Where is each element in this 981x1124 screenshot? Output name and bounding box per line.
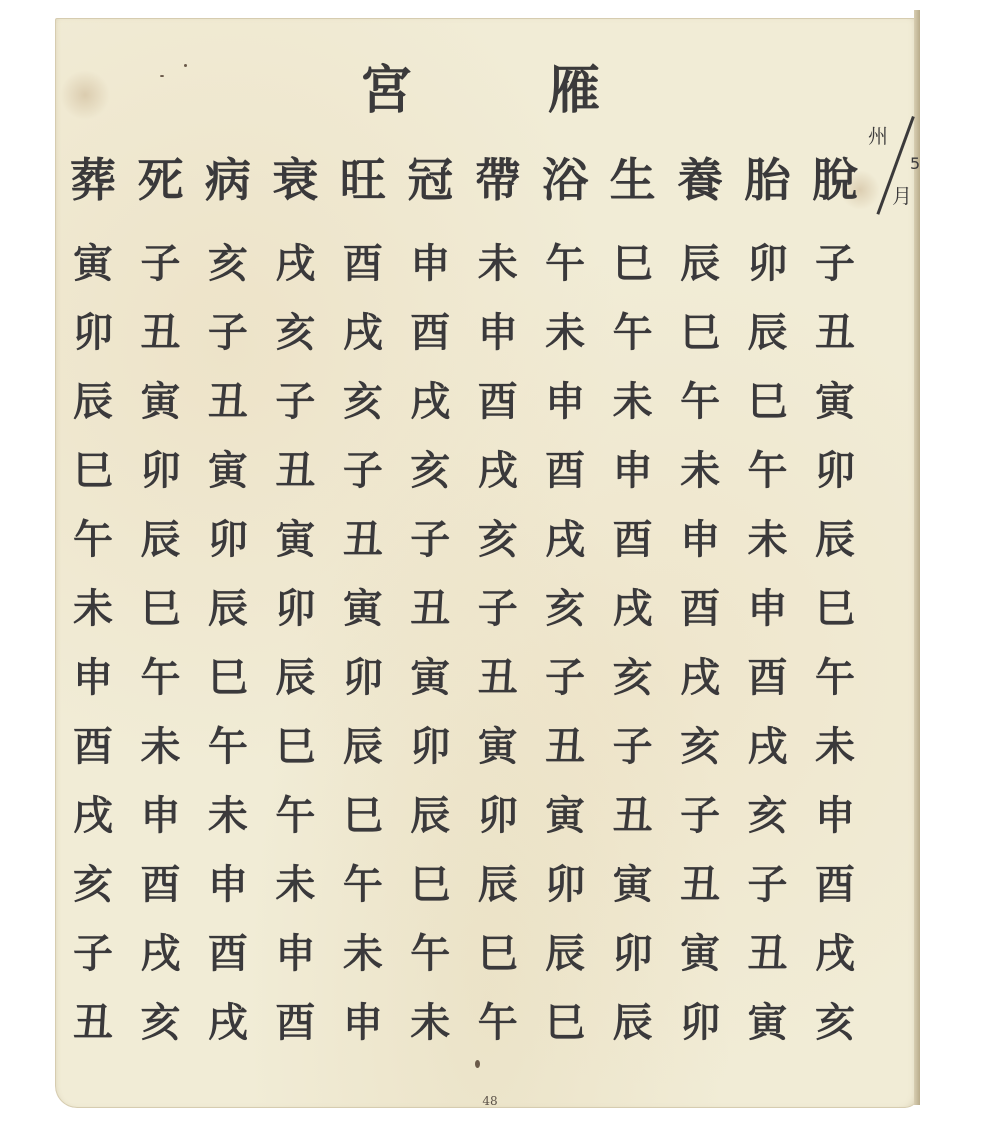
page-title: 宮 雁 — [360, 40, 600, 130]
column-header: 病 — [205, 130, 251, 230]
table-cell: 子 — [140, 230, 180, 299]
column-header: 死 — [137, 130, 183, 230]
table-cell: 子 — [748, 851, 788, 920]
table-cell: 子 — [410, 506, 450, 575]
table-cell: 丑 — [478, 644, 518, 713]
table-cell: 酉 — [613, 506, 653, 575]
table-cell: 丑 — [680, 851, 720, 920]
table-cell: 辰 — [545, 920, 585, 989]
ink-speck — [160, 75, 164, 77]
table-cell: 亥 — [478, 506, 518, 575]
table-cell: 子 — [343, 437, 383, 506]
table-cell: 辰 — [275, 644, 315, 713]
table-cell: 卯 — [208, 506, 248, 575]
table-cell: 寅 — [343, 575, 383, 644]
corner-note-top: 州 — [868, 120, 888, 149]
column-header: 葬 — [70, 130, 116, 230]
table-cell: 戌 — [748, 713, 788, 782]
table-cell: 未 — [680, 437, 720, 506]
table-column: 生 巳 午 未 申 酉 戌 亥 子 丑 寅 卯 辰 — [604, 130, 662, 1060]
table-cell: 亥 — [343, 368, 383, 437]
table-column: 死 子 丑 寅 卯 辰 巳 午 未 申 酉 戌 亥 — [131, 130, 189, 1060]
table-cell: 卯 — [410, 713, 450, 782]
table-cell: 戌 — [545, 506, 585, 575]
table-cell: 戌 — [410, 368, 450, 437]
table-column: 冠 申 酉 戌 亥 子 丑 寅 卯 辰 巳 午 未 — [401, 130, 459, 1060]
table-cell: 申 — [410, 230, 450, 299]
table-cell: 酉 — [275, 989, 315, 1058]
table-cell: 戌 — [275, 230, 315, 299]
table-cell: 卯 — [545, 851, 585, 920]
table-cell: 巳 — [343, 782, 383, 851]
table-column: 衰 戌 亥 子 丑 寅 卯 辰 巳 午 未 申 酉 — [266, 130, 324, 1060]
table-cell: 亥 — [73, 851, 113, 920]
table-cell: 丑 — [748, 920, 788, 989]
table-column: 旺 酉 戌 亥 子 丑 寅 卯 辰 巳 午 未 申 — [334, 130, 392, 1060]
table-cell: 亥 — [815, 989, 855, 1058]
table-cell: 寅 — [73, 230, 113, 299]
table-cell: 子 — [545, 644, 585, 713]
table-cell: 卯 — [275, 575, 315, 644]
column-header: 生 — [610, 130, 656, 230]
table-cell: 亥 — [208, 230, 248, 299]
table-cell: 未 — [748, 506, 788, 575]
table-cell: 午 — [343, 851, 383, 920]
table-cell: 戌 — [73, 782, 113, 851]
table-cell: 子 — [680, 782, 720, 851]
column-header: 脫 — [812, 130, 858, 230]
table-cell: 未 — [140, 713, 180, 782]
table-column: 脫 子 丑 寅 卯 辰 巳 午 未 申 酉 戌 亥 — [806, 130, 864, 1060]
table-cell: 午 — [815, 644, 855, 713]
table-cell: 卯 — [73, 299, 113, 368]
table-cell: 酉 — [343, 230, 383, 299]
ink-speck — [475, 1060, 480, 1068]
table-column: 葬 寅 卯 辰 巳 午 未 申 酉 戌 亥 子 丑 — [64, 130, 122, 1060]
corner-annotation: 州 5 月 — [866, 110, 924, 230]
table-cell: 辰 — [815, 506, 855, 575]
table-cell: 卯 — [343, 644, 383, 713]
table-cell: 巳 — [73, 437, 113, 506]
table-cell: 寅 — [410, 644, 450, 713]
table-cell: 巳 — [613, 230, 653, 299]
table-cell: 卯 — [613, 920, 653, 989]
table-cell: 巳 — [410, 851, 450, 920]
table-column: 病 亥 子 丑 寅 卯 辰 巳 午 未 申 酉 戌 — [199, 130, 257, 1060]
table-cell: 戌 — [208, 989, 248, 1058]
table-cell: 酉 — [748, 644, 788, 713]
table-cell: 辰 — [410, 782, 450, 851]
table-cell: 亥 — [410, 437, 450, 506]
corner-note-bottom: 月 — [892, 180, 912, 209]
table-cell: 卯 — [140, 437, 180, 506]
table-cell: 寅 — [140, 368, 180, 437]
table-cell: 丑 — [208, 368, 248, 437]
title-char-left: 宮 — [360, 48, 412, 123]
table-cell: 申 — [140, 782, 180, 851]
table-cell: 申 — [815, 782, 855, 851]
table-cell: 戌 — [478, 437, 518, 506]
table-cell: 午 — [140, 644, 180, 713]
table-cell: 辰 — [73, 368, 113, 437]
table-cell: 未 — [545, 299, 585, 368]
table-cell: 丑 — [613, 782, 653, 851]
table-cell: 申 — [545, 368, 585, 437]
table-cell: 申 — [275, 920, 315, 989]
table-cell: 申 — [680, 506, 720, 575]
table-cell: 子 — [73, 920, 113, 989]
title-char-right: 雁 — [548, 48, 600, 123]
column-header: 冠 — [407, 130, 453, 230]
table-cell: 巳 — [748, 368, 788, 437]
column-header: 旺 — [340, 130, 386, 230]
table-cell: 申 — [208, 851, 248, 920]
table-cell: 亥 — [680, 713, 720, 782]
table-cell: 子 — [208, 299, 248, 368]
table-cell: 子 — [815, 230, 855, 299]
table-cell: 酉 — [815, 851, 855, 920]
table-cell: 寅 — [680, 920, 720, 989]
table-cell: 寅 — [613, 851, 653, 920]
table-cell: 戌 — [613, 575, 653, 644]
table-cell: 未 — [343, 920, 383, 989]
table-column: 胎 卯 辰 巳 午 未 申 酉 戌 亥 子 丑 寅 — [739, 130, 797, 1060]
table-cell: 寅 — [275, 506, 315, 575]
table-cell: 午 — [748, 437, 788, 506]
table-cell: 午 — [613, 299, 653, 368]
table-cell: 丑 — [140, 299, 180, 368]
table-cell: 亥 — [275, 299, 315, 368]
table-column: 養 辰 巳 午 未 申 酉 戌 亥 子 丑 寅 卯 — [671, 130, 729, 1060]
column-header: 帶 — [475, 130, 521, 230]
table-cell: 寅 — [208, 437, 248, 506]
table-cell: 申 — [478, 299, 518, 368]
table-cell: 巳 — [140, 575, 180, 644]
table-cell: 亥 — [748, 782, 788, 851]
table-cell: 未 — [208, 782, 248, 851]
table-cell: 子 — [275, 368, 315, 437]
table-cell: 辰 — [613, 989, 653, 1058]
table-cell: 辰 — [208, 575, 248, 644]
table-cell: 丑 — [545, 713, 585, 782]
table-cell: 未 — [613, 368, 653, 437]
column-header: 浴 — [542, 130, 588, 230]
table-cell: 丑 — [815, 299, 855, 368]
table-cell: 卯 — [815, 437, 855, 506]
table-cell: 戌 — [343, 299, 383, 368]
paper-stain — [60, 70, 110, 120]
table-cell: 午 — [208, 713, 248, 782]
page-number: 48 — [470, 1094, 510, 1108]
table-cell: 未 — [275, 851, 315, 920]
table-cell: 子 — [478, 575, 518, 644]
table-cell: 酉 — [73, 713, 113, 782]
table-cell: 午 — [275, 782, 315, 851]
table-cell: 亥 — [545, 575, 585, 644]
table-cell: 戌 — [140, 920, 180, 989]
table-cell: 辰 — [478, 851, 518, 920]
table-cell: 戌 — [815, 920, 855, 989]
table-cell: 巳 — [478, 920, 518, 989]
table-cell: 巳 — [208, 644, 248, 713]
column-header: 衰 — [272, 130, 318, 230]
table-cell: 辰 — [343, 713, 383, 782]
table-cell: 午 — [545, 230, 585, 299]
table-column: 帶 未 申 酉 戌 亥 子 丑 寅 卯 辰 巳 午 — [469, 130, 527, 1060]
table-cell: 申 — [613, 437, 653, 506]
table-cell: 辰 — [140, 506, 180, 575]
table-cell: 酉 — [208, 920, 248, 989]
table-column: 浴 午 未 申 酉 戌 亥 子 丑 寅 卯 辰 巳 — [536, 130, 594, 1060]
table-cell: 巳 — [545, 989, 585, 1058]
table-cell: 子 — [613, 713, 653, 782]
corner-note-side: 5 — [910, 154, 920, 173]
table-cell: 丑 — [73, 989, 113, 1058]
table-cell: 丑 — [410, 575, 450, 644]
table-cell: 卯 — [748, 230, 788, 299]
table-cell: 酉 — [680, 575, 720, 644]
table-cell: 寅 — [748, 989, 788, 1058]
table-cell: 卯 — [680, 989, 720, 1058]
column-header: 養 — [677, 130, 723, 230]
table-cell: 酉 — [410, 299, 450, 368]
table-cell: 寅 — [815, 368, 855, 437]
table-cell: 未 — [815, 713, 855, 782]
branch-table: 脫 子 丑 寅 卯 辰 巳 午 未 申 酉 戌 亥 胎 卯 辰 巳 午 未 申 … — [64, 130, 864, 1060]
table-cell: 巳 — [815, 575, 855, 644]
table-cell: 戌 — [680, 644, 720, 713]
table-cell: 未 — [73, 575, 113, 644]
table-cell: 寅 — [545, 782, 585, 851]
table-cell: 申 — [73, 644, 113, 713]
table-cell: 酉 — [140, 851, 180, 920]
table-cell: 卯 — [478, 782, 518, 851]
table-cell: 丑 — [343, 506, 383, 575]
table-cell: 午 — [73, 506, 113, 575]
table-cell: 未 — [478, 230, 518, 299]
table-cell: 辰 — [748, 299, 788, 368]
table-cell: 巳 — [680, 299, 720, 368]
table-cell: 巳 — [275, 713, 315, 782]
table-cell: 寅 — [478, 713, 518, 782]
table-cell: 午 — [680, 368, 720, 437]
table-cell: 未 — [410, 989, 450, 1058]
table-cell: 丑 — [275, 437, 315, 506]
table-cell: 午 — [478, 989, 518, 1058]
table-cell: 申 — [748, 575, 788, 644]
table-cell: 午 — [410, 920, 450, 989]
table-cell: 申 — [343, 989, 383, 1058]
ink-speck — [184, 64, 187, 67]
table-cell: 亥 — [140, 989, 180, 1058]
table-cell: 酉 — [545, 437, 585, 506]
column-header: 胎 — [745, 130, 791, 230]
table-cell: 亥 — [613, 644, 653, 713]
table-cell: 酉 — [478, 368, 518, 437]
table-cell: 辰 — [680, 230, 720, 299]
